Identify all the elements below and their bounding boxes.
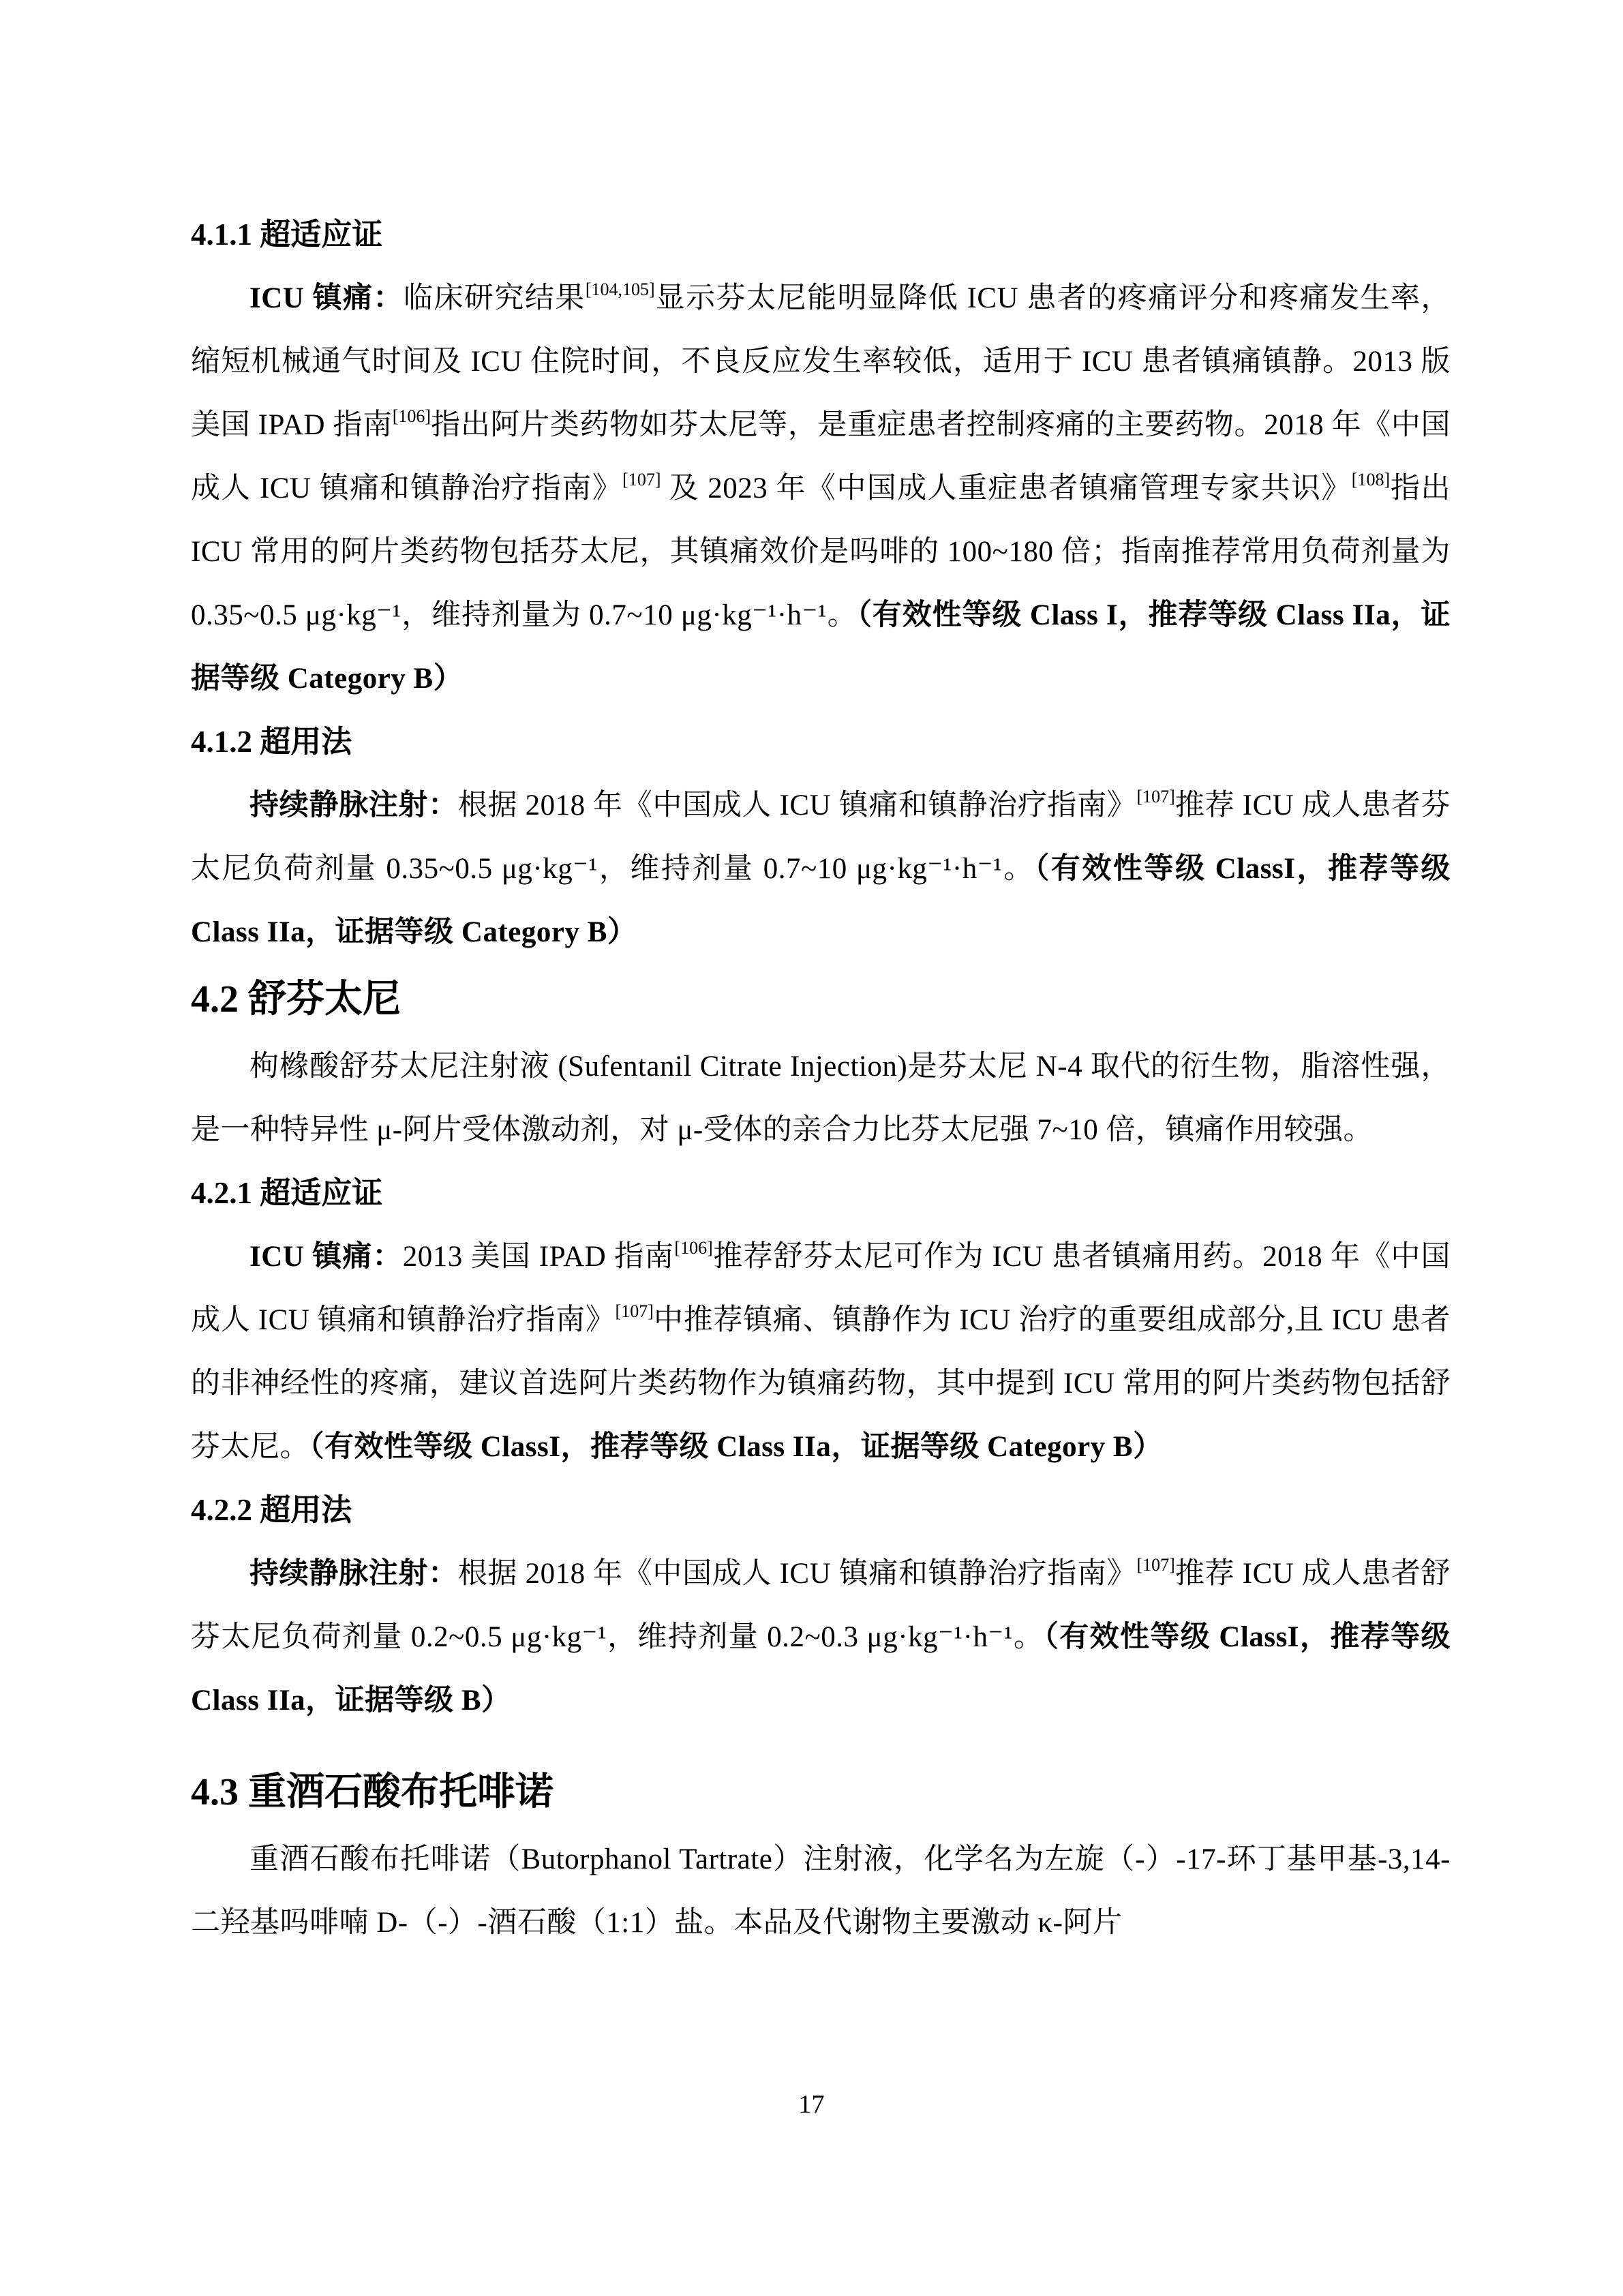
text-run: 4.1.1 超适应证: [191, 217, 382, 252]
text-run: ICU 镇痛：: [249, 282, 404, 314]
text-run: 2013 美国 IPAD 指南: [403, 1241, 675, 1273]
page-number: 17: [0, 2087, 1623, 2121]
text-run: 4.2 舒芬太尼: [191, 978, 401, 1021]
superscript-reference: [106]: [393, 406, 431, 426]
paragraph: 持续静脉注射：根据 2018 年《中国成人 ICU 镇痛和镇静治疗指南》[107…: [191, 774, 1451, 964]
section-heading: 4.1.1 超适应证: [191, 203, 1451, 267]
superscript-reference: [107]: [1136, 787, 1174, 806]
text-run: 4.3 重酒石酸布托啡诺: [191, 1771, 553, 1813]
superscript-reference: [107]: [1136, 1555, 1174, 1575]
section-heading: 4.2.2 超用法: [191, 1479, 1451, 1542]
superscript-reference: [106]: [674, 1238, 712, 1258]
section-heading: 4.3 重酒石酸布托啡诺: [191, 1757, 1451, 1828]
paragraph: ICU 镇痛：临床研究结果[104,105]显示芬太尼能明显降低 ICU 患者的…: [191, 267, 1451, 710]
text-run: （有效性等级 ClassI，推荐等级 Class IIa，证据等级 Catego…: [309, 1431, 1163, 1463]
superscript-reference: [108]: [1352, 470, 1390, 489]
text-run: 4.2.2 超用法: [191, 1493, 352, 1527]
text-run: ICU 镇痛：: [249, 1241, 403, 1273]
text-run: 持续静脉注射：: [249, 1558, 458, 1590]
text-run: 临床研究结果: [404, 282, 586, 314]
text-run: 持续静脉注射：: [249, 789, 458, 821]
superscript-reference: [107]: [622, 470, 661, 489]
paragraph: ICU 镇痛：2013 美国 IPAD 指南[106]推荐舒芬太尼可作为 ICU…: [191, 1225, 1451, 1479]
document-blocks: 4.1.1 超适应证ICU 镇痛：临床研究结果[104,105]显示芬太尼能明显…: [191, 203, 1451, 1954]
text-run: 根据 2018 年《中国成人 ICU 镇痛和镇静治疗指南》: [458, 1558, 1137, 1590]
section-heading: 4.1.2 超用法: [191, 710, 1451, 774]
paragraph: 重酒石酸布托啡诺（Butorphanol Tartrate）注射液，化学名为左旋…: [191, 1828, 1451, 1954]
text-run: 4.1.2 超用法: [191, 725, 352, 759]
text-run: 枸橼酸舒芬太尼注射液 (Sufentanil Citrate Injection…: [191, 1051, 1451, 1146]
text-run: 根据 2018 年《中国成人 ICU 镇痛和镇静治疗指南》: [458, 789, 1137, 821]
text-run: 重酒石酸布托啡诺（Butorphanol Tartrate）注射液，化学名为左旋…: [191, 1843, 1451, 1939]
superscript-reference: [107]: [616, 1301, 654, 1321]
document-page: 4.1.1 超适应证ICU 镇痛：临床研究结果[104,105]显示芬太尼能明显…: [0, 0, 1623, 2296]
superscript-reference: [104,105]: [586, 280, 655, 299]
paragraph: 持续静脉注射：根据 2018 年《中国成人 ICU 镇痛和镇静治疗指南》[107…: [191, 1542, 1451, 1732]
section-heading: 4.2 舒芬太尼: [191, 964, 1451, 1035]
paragraph: 枸橼酸舒芬太尼注射液 (Sufentanil Citrate Injection…: [191, 1035, 1451, 1162]
section-heading: 4.2.1 超适应证: [191, 1162, 1451, 1225]
text-run: 4.2.1 超适应证: [191, 1176, 382, 1210]
text-run: 及 2023 年《中国成人重症患者镇痛管理专家共识》: [661, 472, 1352, 504]
